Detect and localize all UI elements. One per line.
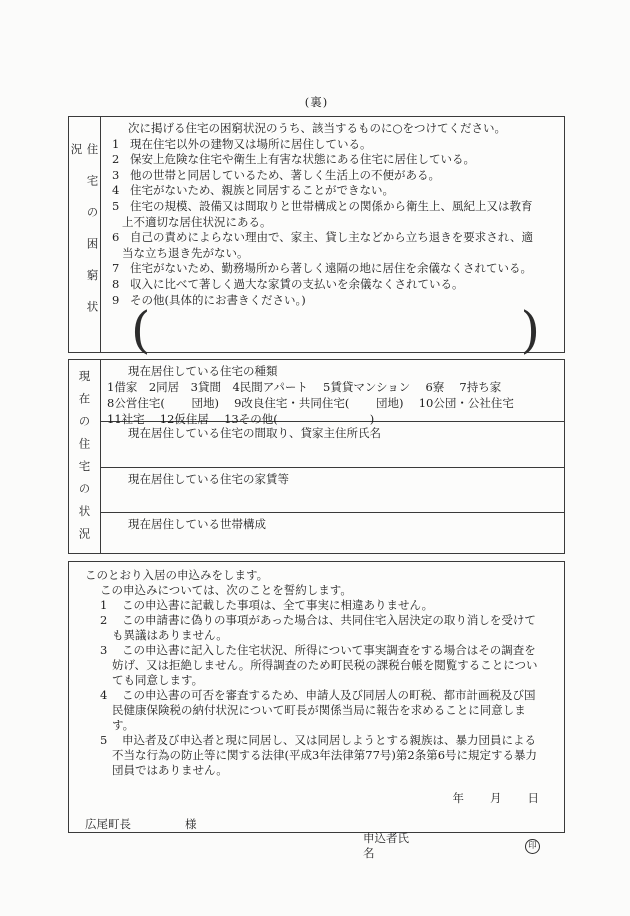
section-pledge: このとおり入居の申込みをします。 この申込みについては、次のことを誓約します。 …	[68, 561, 565, 833]
applicant-signature-line: 申込者氏名 印	[85, 831, 540, 861]
housing-type-row: 現在居住している住宅の種類 1借家 2同居 3貸間 4民間アパート 5賃貸マンシ…	[101, 360, 564, 422]
item-text: 住宅がないため、親族と同居することができない。	[130, 183, 564, 199]
item-text: 現在住宅以外の建物又は場所に居住している。	[130, 137, 564, 153]
pledge-item: 4 この申込書の可否を審査するため、申請人及び同居人の町税、都市計画税及び国 民…	[100, 688, 540, 733]
item-number: 8	[101, 277, 130, 293]
item-text: 住宅がないため、勤務場所から著しく遠隔の地に居住を余儀なくされている。	[130, 261, 564, 277]
hardship-item: 2 保安上危険な住宅や衛生上有害な状態にある住宅に居住している。	[101, 152, 564, 168]
addressee-honorific: 様	[185, 817, 197, 831]
item-number: 9	[101, 293, 130, 309]
floor-plan-landlord-row: 現在居住している住宅の間取り、貸家主住所氏名	[101, 422, 564, 468]
seal-stamp-icon: 印	[525, 839, 540, 854]
hardship-item: 9 その他(具体的にお書きください。)	[101, 293, 564, 309]
item-text: 住宅の規模、設備又は間取りと世帯構成との関係から衛生上、風紀上又は教育	[130, 199, 564, 215]
item-text: 収入に比べて著しく過大な家賃の支払いを余儀なくされている。	[130, 277, 564, 293]
item-text-continued: ても同意します。	[112, 673, 540, 688]
section2-content: 現在居住している住宅の種類 1借家 2同居 3貸間 4民間アパート 5賃貸マンシ…	[101, 360, 564, 553]
item-number: 1	[101, 137, 130, 153]
item-number: 4	[101, 183, 130, 199]
item-number: 1	[100, 598, 122, 613]
housing-type-options-line: 1借家 2同居 3貸間 4民間アパート 5賃貸マンション 6寮 7持ち家	[101, 379, 564, 395]
item-text: 保安上危険な住宅や衛生上有害な状態にある住宅に居住している。	[130, 152, 564, 168]
item-text: 自己の責めによらない理由で、家主、貸し主などから立ち退きを要求され、適	[130, 230, 564, 246]
item-number: 7	[101, 261, 130, 277]
section1-instruction: 次に掲げる住宅の困窮状況のうち、該当するものに○をつけてください。	[101, 121, 564, 137]
item-text-continued: 不当な行為の防止等に関する法律(平成3年法律第77号)第2条第6号に規定する暴力	[112, 748, 540, 763]
hardship-item: 8 収入に比べて著しく過大な家賃の支払いを余儀なくされている。	[101, 277, 564, 293]
item-text-continued: 団員ではありません。	[112, 763, 540, 778]
item-text: この申請書に偽りの事項があった場合は、共同住宅入居決定の取り消しを受けて	[122, 613, 540, 628]
hardship-item: 1 現在住宅以外の建物又は場所に居住している。	[101, 137, 564, 153]
application-form-back: 住宅の困窮状況 次に掲げる住宅の困窮状況のうち、該当するものに○をつけてください…	[68, 116, 565, 833]
section1-header-cell: 住宅の困窮状況	[69, 117, 101, 352]
hardship-item: 3 他の世帯と同居しているため、著しく生活上の不便がある。	[101, 168, 564, 184]
household-composition-row: 現在居住している世帯構成	[101, 513, 564, 553]
section-housing-hardship: 住宅の困窮状況 次に掲げる住宅の困窮状況のうち、該当するものに○をつけてください…	[68, 116, 565, 353]
section2-header-cell: 現在の住宅の状況	[69, 360, 101, 553]
item-text: 申込者及び申込者と現に同居し、又は同居しようとする親族は、暴力団員による	[122, 733, 540, 748]
applicant-name-label: 申込者氏名	[363, 831, 412, 861]
item-text: 他の世帯と同居しているため、著しく生活上の不便がある。	[130, 168, 564, 184]
item-text: この申込書の可否を審査するため、申請人及び同居人の町税、都市計画税及び国	[122, 688, 540, 703]
row-title: 現在居住している住宅の種類	[101, 363, 564, 379]
open-paren-glyph: (	[131, 304, 151, 356]
housing-type-options-line: 8公営住宅( 団地) 9改良住宅・共同住宅( 団地) 10公団・公社住宅	[101, 395, 564, 411]
section-current-housing: 現在の住宅の状況 現在居住している住宅の種類 1借家 2同居 3貸間 4民間アパ…	[68, 359, 565, 554]
hardship-item: 6 自己の責めによらない理由で、家主、貸し主などから立ち退きを要求され、適 当な…	[101, 230, 564, 261]
hardship-item: 7 住宅がないため、勤務場所から著しく遠隔の地に居住を余儀なくされている。	[101, 261, 564, 277]
addressee-name: 広尾町長	[85, 817, 131, 831]
other-reason-write-in-area: ( )	[101, 308, 564, 362]
item-text-continued: も異議はありません。	[112, 628, 540, 643]
close-paren-glyph: )	[520, 304, 540, 356]
item-number: 2	[101, 152, 130, 168]
pledge-item: 1 この申込書に記載した事項は、全て事実に相違ありません。	[100, 598, 540, 613]
pledge-intro-1: このとおり入居の申込みをします。	[85, 568, 540, 583]
section1-vertical-title: 住宅の困窮状況	[69, 117, 101, 352]
section1-content: 次に掲げる住宅の困窮状況のうち、該当するものに○をつけてください。 1 現在住宅…	[101, 117, 564, 352]
hardship-item: 5 住宅の規模、設備又は間取りと世帯構成との関係から衛生上、風紀上又は教育 上不…	[101, 199, 564, 230]
item-text-continued: 当な立ち退き先がない。	[122, 246, 564, 262]
addressee-line: 広尾町長様	[85, 817, 540, 832]
item-text: この申込書に記載した事項は、全て事実に相違ありません。	[122, 598, 540, 613]
date-blank-line: 年 月 日	[85, 791, 540, 806]
rent-row: 現在居住している住宅の家賃等	[101, 468, 564, 513]
item-text-continued: 上不適切な居住状況にある。	[122, 215, 564, 231]
item-text-continued: す。	[112, 718, 540, 733]
item-text-continued: 妨げ、又は拒絶しません。所得調査のため町民税の課税台帳を閲覧することについ	[112, 658, 540, 673]
pledge-intro-2: この申込みについては、次のことを誓約します。	[100, 583, 540, 598]
section2-vertical-title: 現在の住宅の状況	[77, 360, 93, 553]
row-title: 現在居住している世帯構成	[101, 516, 564, 532]
row-title: 現在居住している住宅の家賃等	[101, 471, 564, 487]
pledge-item: 5 申込者及び申込者と現に同居し、又は同居しようとする親族は、暴力団員による 不…	[100, 733, 540, 778]
row-title: 現在居住している住宅の間取り、貸家主住所氏名	[101, 425, 564, 441]
form-page: (裏) 住宅の困窮状況 次に掲げる住宅の困窮状況のうち、該当するものに○をつけて…	[0, 0, 630, 916]
pledge-item: 2 この申請書に偽りの事項があった場合は、共同住宅入居決定の取り消しを受けて も…	[100, 613, 540, 643]
pledge-item: 3 この申込書に記入した住宅状況、所得について事実調査をする場合はその調査を 妨…	[100, 643, 540, 688]
hardship-item: 4 住宅がないため、親族と同居することができない。	[101, 183, 564, 199]
item-text-continued: 民健康保険税の納付状況について町長が関係当局に報告を求めることに同意しま	[112, 703, 540, 718]
page-side-label: (裏)	[68, 94, 565, 110]
item-number: 3	[101, 168, 130, 184]
item-text: その他(具体的にお書きください。)	[130, 293, 564, 309]
item-text: この申込書に記入した住宅状況、所得について事実調査をする場合はその調査を	[122, 643, 540, 658]
